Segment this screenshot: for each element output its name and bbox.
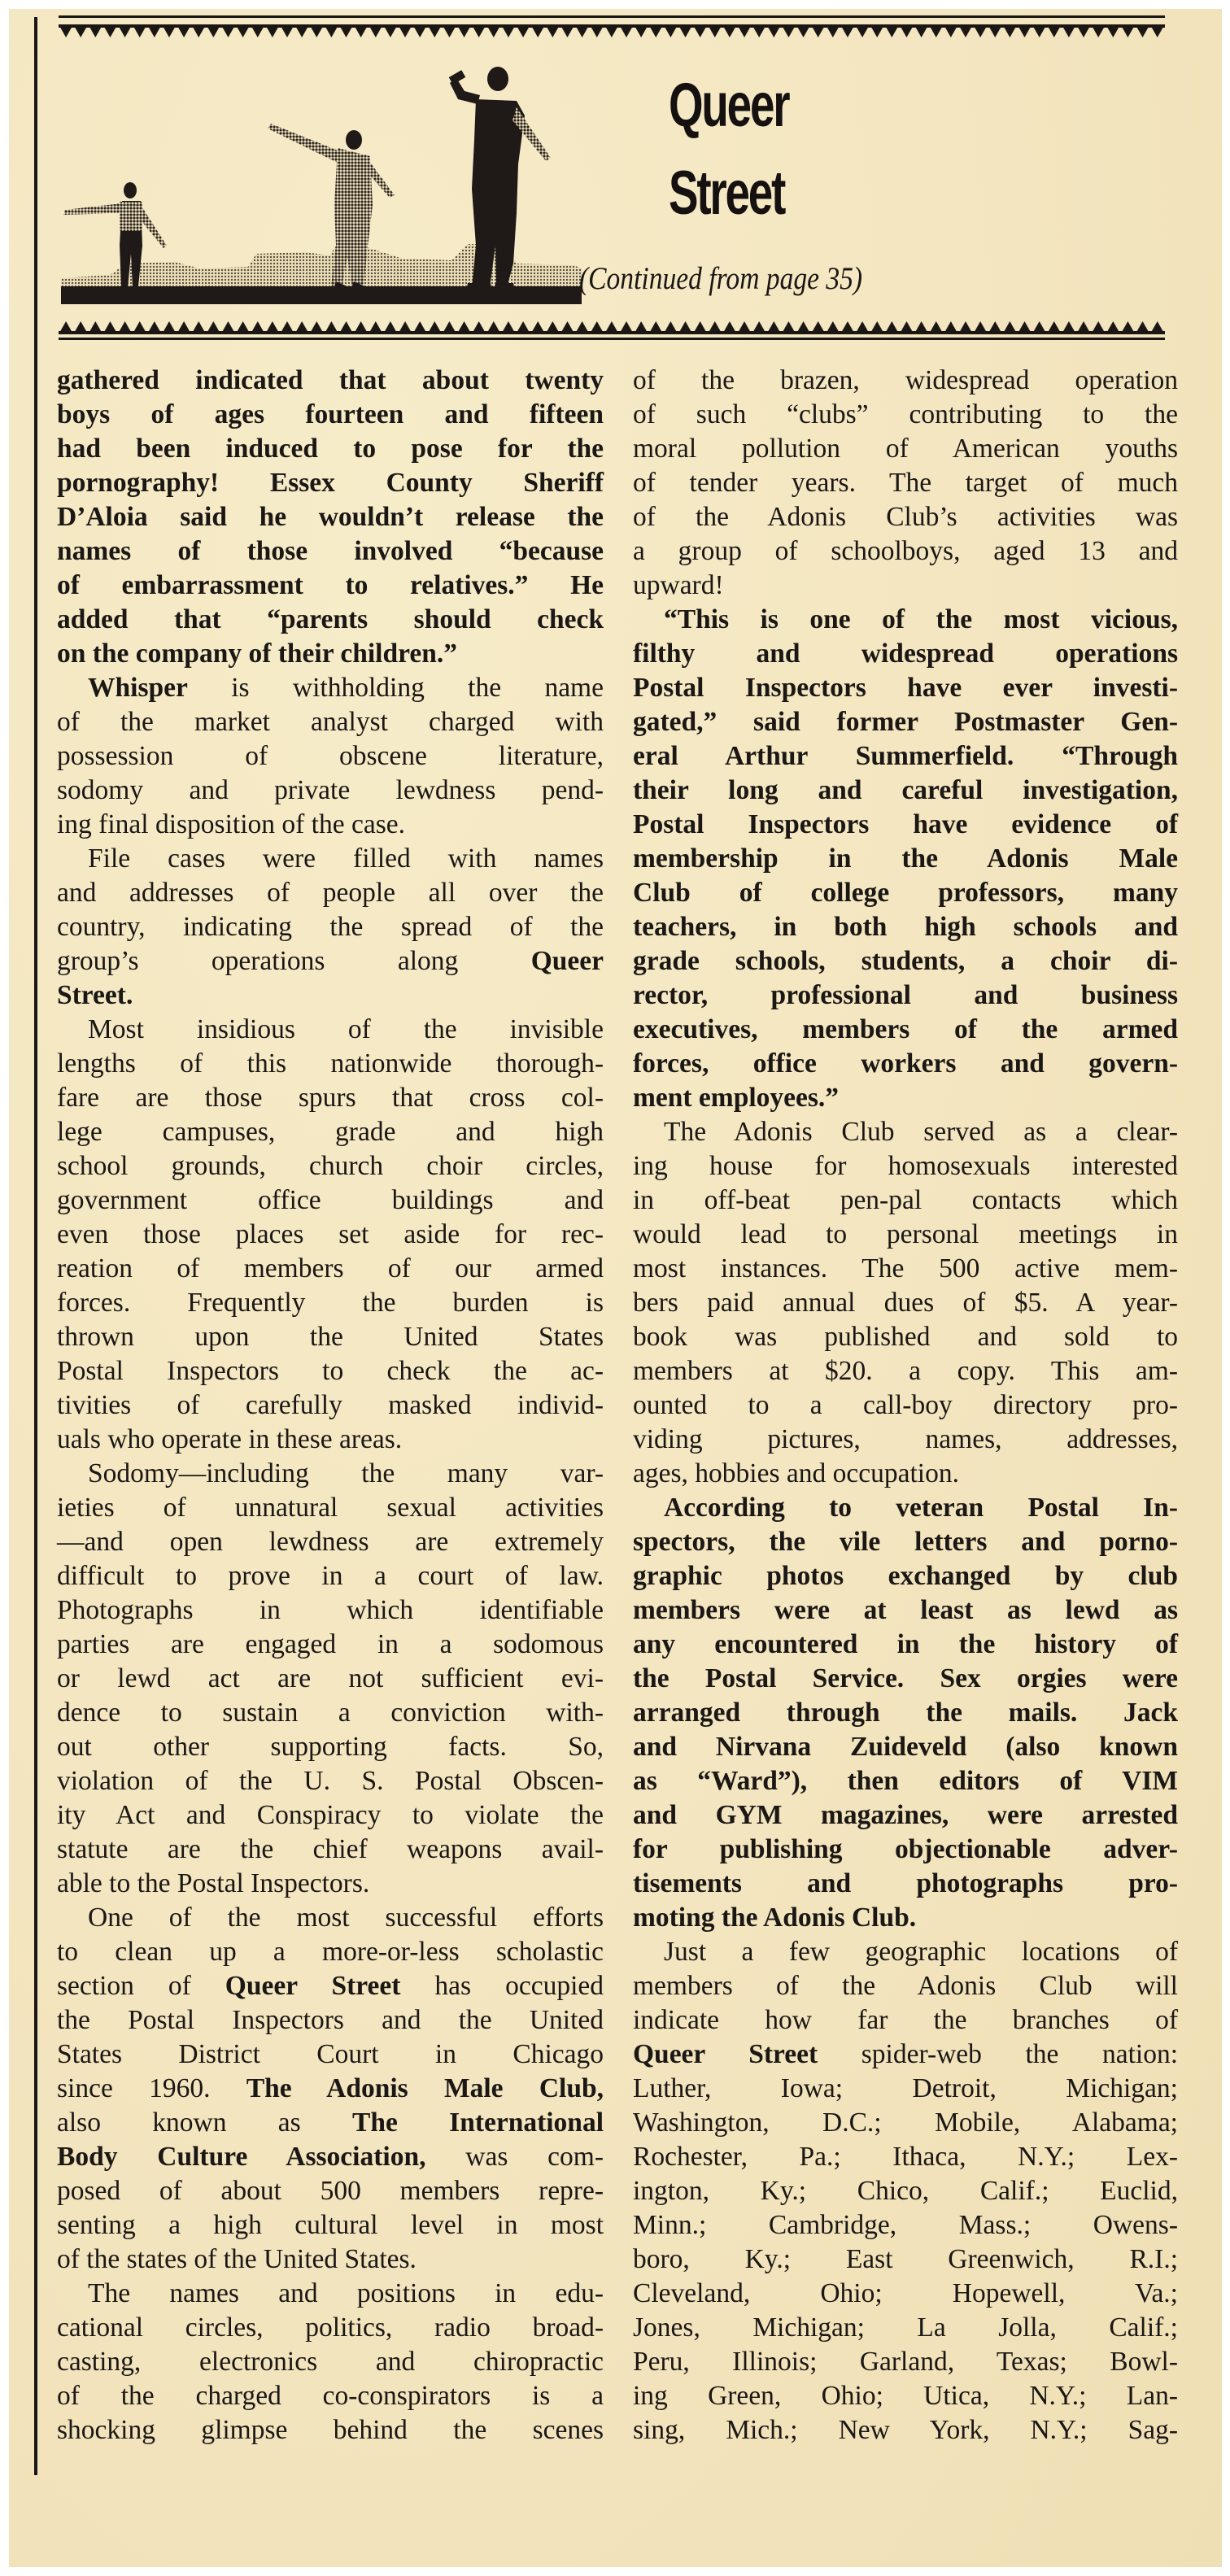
text-line: violation of the U. S. Postal Obscen- bbox=[57, 1764, 604, 1798]
text-line: the Postal Service. Sex orgies were bbox=[633, 1662, 1178, 1696]
text-line: the Postal Inspectors and the United bbox=[57, 2003, 604, 2038]
text-line: gathered indicated that about twenty bbox=[57, 364, 604, 398]
text-line: teachers, in both high schools and bbox=[633, 910, 1178, 944]
text-line: tivities of carefully masked individ- bbox=[57, 1388, 604, 1423]
text-line: had been induced to pose for the bbox=[57, 432, 604, 466]
text-line: Sodomy—including the many var- bbox=[57, 1457, 604, 1491]
text-line: viding pictures, names, addresses, bbox=[633, 1423, 1178, 1457]
text-line: ing Green, Ohio; Utica, N.Y.; Lan- bbox=[633, 2379, 1178, 2413]
text-line: possession of obscene literature, bbox=[57, 739, 604, 774]
text-line: rector, professional and business bbox=[633, 979, 1178, 1013]
text-line: Just a few geographic locations of bbox=[633, 1935, 1178, 1969]
text-line: senting a high cultural level in most bbox=[57, 2208, 604, 2243]
text-line: States District Court in Chicago bbox=[57, 2038, 604, 2072]
text-line: on the company of their children.” bbox=[57, 637, 604, 671]
text-line: would lead to personal meetings in bbox=[633, 1218, 1178, 1252]
text-line: tisements and photographs pro- bbox=[633, 1867, 1178, 1901]
header-photo bbox=[61, 50, 582, 304]
text-line: spectors, the vile letters and porno- bbox=[633, 1525, 1178, 1559]
text-line: even those places set aside for rec- bbox=[57, 1218, 604, 1252]
text-line: Cleveland, Ohio; Hopewell, Va.; bbox=[633, 2277, 1178, 2311]
text-line: in off-beat pen-pal contacts which bbox=[633, 1183, 1178, 1218]
text-line: forces. Frequently the burden is bbox=[57, 1286, 604, 1320]
text-line: cational circles, politics, radio broad- bbox=[57, 2311, 604, 2345]
text-line: of the Adonis Club’s activities was bbox=[633, 500, 1178, 534]
text-line: statute are the chief weapons avail- bbox=[57, 1833, 604, 1867]
text-line: parties are engaged in a sodomous bbox=[57, 1628, 604, 1662]
text-line: of the states of the United States. bbox=[57, 2243, 604, 2277]
text-line: book was published and sold to bbox=[633, 1320, 1178, 1354]
text-line: of such “clubs” contributing to the bbox=[633, 398, 1178, 432]
text-line: “This is one of the most vicious, bbox=[633, 603, 1178, 637]
text-line: of tender years. The target of much bbox=[633, 466, 1178, 500]
title-line-street: Street bbox=[669, 150, 821, 238]
text-line: dence to sustain a conviction with- bbox=[57, 1696, 604, 1730]
text-line: members were at least as lewd as bbox=[633, 1593, 1178, 1628]
text-line: Jones, Michigan; La Jolla, Calif.; bbox=[633, 2311, 1178, 2345]
text-line: school grounds, church choir circles, bbox=[57, 1149, 604, 1183]
text-line: most instances. The 500 active mem- bbox=[633, 1252, 1178, 1286]
text-line: of the charged co-conspirators is a bbox=[57, 2379, 604, 2413]
article-column-right: of the brazen, widespread operationof su… bbox=[633, 364, 1178, 2447]
title-line-queer: Queer bbox=[669, 62, 821, 150]
text-line: their long and careful investigation, bbox=[633, 774, 1178, 808]
text-line: Peru, Illinois; Garland, Texas; Bowl- bbox=[633, 2345, 1178, 2379]
text-line: moral pollution of American youths bbox=[633, 432, 1178, 466]
text-line: and GYM magazines, were arrested bbox=[633, 1798, 1178, 1833]
text-line: The names and positions in edu- bbox=[57, 2277, 604, 2311]
text-line: —and open lewdness are extremely bbox=[57, 1525, 604, 1559]
text-line: group’s operations along Queer bbox=[57, 944, 604, 979]
text-line: and addresses of people all over the bbox=[57, 876, 604, 910]
text-line: grade schools, students, a choir di- bbox=[633, 944, 1178, 979]
text-line: lege campuses, grade and high bbox=[57, 1115, 604, 1149]
text-line: D’Aloia said he wouldn’t release the bbox=[57, 500, 604, 534]
text-line: indicate how far the branches of bbox=[633, 2003, 1178, 2038]
text-line: any encountered in the history of bbox=[633, 1628, 1178, 1662]
text-line: One of the most successful efforts bbox=[57, 1901, 604, 1935]
text-line: bers paid annual dues of $5. A year- bbox=[633, 1286, 1178, 1320]
text-line: uals who operate in these areas. bbox=[57, 1423, 604, 1457]
text-line: Most insidious of the invisible bbox=[57, 1013, 604, 1047]
text-line: section of Queer Street has occupied bbox=[57, 1969, 604, 2003]
top-rule bbox=[59, 15, 1165, 18]
text-line: ages, hobbies and occupation. bbox=[633, 1457, 1178, 1491]
text-line: gated,” said former Postmaster Gen- bbox=[633, 705, 1178, 739]
text-line: Postal Inspectors have evidence of bbox=[633, 808, 1178, 842]
text-line: forces, office workers and govern- bbox=[633, 1047, 1178, 1081]
text-line: of embarrassment to relatives.” He bbox=[57, 569, 604, 603]
text-line: casting, electronics and chiropractic bbox=[57, 2345, 604, 2379]
text-line: fare are those spurs that cross col- bbox=[57, 1081, 604, 1115]
text-line: of the brazen, widespread operation bbox=[633, 364, 1178, 398]
text-line: filthy and widespread operations bbox=[633, 637, 1178, 671]
text-line: boro, Ky.; East Greenwich, R.I.; bbox=[633, 2243, 1178, 2277]
text-line: According to veteran Postal In- bbox=[633, 1491, 1178, 1525]
text-line: out other supporting facts. So, bbox=[57, 1730, 604, 1764]
text-line: since 1960. The Adonis Male Club, bbox=[57, 2072, 604, 2106]
text-line: graphic photos exchanged by club bbox=[633, 1559, 1178, 1593]
text-line: Photographs in which identifiable bbox=[57, 1593, 604, 1628]
text-line: reation of members of our armed bbox=[57, 1252, 604, 1286]
article-column-left: gathered indicated that about twentyboys… bbox=[57, 364, 604, 2447]
text-line: The Adonis Club served as a clear- bbox=[633, 1115, 1178, 1149]
text-line: Postal Inspectors to check the ac- bbox=[57, 1354, 604, 1388]
text-line: government office buildings and bbox=[57, 1183, 604, 1218]
text-line: for publishing objectionable adver- bbox=[633, 1833, 1178, 1867]
zigzag-border-top bbox=[59, 24, 1165, 37]
text-line: to clean up a more-or-less scholastic bbox=[57, 1935, 604, 1969]
text-line: ington, Ky.; Chico, Calif.; Euclid, bbox=[633, 2174, 1178, 2208]
text-line: pornography! Essex County Sheriff bbox=[57, 466, 604, 500]
text-line: upward! bbox=[633, 569, 1178, 603]
text-line: Luther, Iowa; Detroit, Michigan; bbox=[633, 2072, 1178, 2106]
text-line: country, indicating the spread of the bbox=[57, 910, 604, 944]
text-line: eral Arthur Summerfield. “Through bbox=[633, 739, 1178, 774]
text-line: Street. bbox=[57, 979, 604, 1013]
text-line: Postal Inspectors have ever investi- bbox=[633, 671, 1178, 705]
text-line: thrown upon the United States bbox=[57, 1320, 604, 1354]
continued-from-note: (Continued from page 35) bbox=[579, 260, 862, 297]
text-line: boys of ages fourteen and fifteen bbox=[57, 398, 604, 432]
text-line: and Nirvana Zuideveld (also known bbox=[633, 1730, 1178, 1764]
text-line: as “Ward”), then editors of VIM bbox=[633, 1764, 1178, 1798]
left-column-rule bbox=[34, 17, 37, 2475]
text-line: members of the Adonis Club will bbox=[633, 1969, 1178, 2003]
text-line: ounted to a call-boy directory pro- bbox=[633, 1388, 1178, 1423]
text-line: Minn.; Cambridge, Mass.; Owens- bbox=[633, 2208, 1178, 2243]
text-line: Body Culture Association, was com- bbox=[57, 2140, 604, 2174]
text-line: moting the Adonis Club. bbox=[633, 1901, 1178, 1935]
text-line: a group of schoolboys, aged 13 and bbox=[633, 534, 1178, 569]
text-line: able to the Postal Inspectors. bbox=[57, 1867, 604, 1901]
text-line: names of those involved “because bbox=[57, 534, 604, 569]
text-line: executives, members of the armed bbox=[633, 1013, 1178, 1047]
text-line: also known as The International bbox=[57, 2106, 604, 2140]
text-line: membership in the Adonis Male bbox=[633, 842, 1178, 876]
text-line: difficult to prove in a court of law. bbox=[57, 1559, 604, 1593]
text-line: arranged through the mails. Jack bbox=[633, 1696, 1178, 1730]
text-line: ity Act and Conspiracy to violate the bbox=[57, 1798, 604, 1833]
text-line: File cases were filled with names bbox=[57, 842, 604, 876]
text-line: added that “parents should check bbox=[57, 603, 604, 637]
zigzag-border-bottom bbox=[59, 321, 1165, 334]
text-line: of the market analyst charged with bbox=[57, 705, 604, 739]
text-line: Rochester, Pa.; Ithaca, N.Y.; Lex- bbox=[633, 2140, 1178, 2174]
text-line: Queer Street spider-web the nation: bbox=[633, 2038, 1178, 2072]
text-line: Washington, D.C.; Mobile, Alabama; bbox=[633, 2106, 1178, 2140]
text-line: Club of college professors, many bbox=[633, 876, 1178, 910]
text-line: posed of about 500 members repre- bbox=[57, 2174, 604, 2208]
text-line: lengths of this nationwide thorough- bbox=[57, 1047, 604, 1081]
text-line: shocking glimpse behind the scenes bbox=[57, 2413, 604, 2447]
text-line: sing, Mich.; New York, N.Y.; Sag- bbox=[633, 2413, 1178, 2447]
article-title: Queer Street bbox=[669, 62, 821, 238]
text-line: sodomy and private lewdness pend- bbox=[57, 774, 604, 808]
text-line: ieties of unnatural sexual activities bbox=[57, 1491, 604, 1525]
text-line: or lewd act are not sufficient evi- bbox=[57, 1662, 604, 1696]
text-line: ment employees.” bbox=[633, 1081, 1178, 1115]
text-line: Whisper is withholding the name bbox=[57, 671, 604, 705]
text-line: ing final disposition of the case. bbox=[57, 808, 604, 842]
text-line: members at $20. a copy. This am- bbox=[633, 1354, 1178, 1388]
text-line: ing house for homosexuals interested bbox=[633, 1149, 1178, 1183]
header-bottom-rule bbox=[59, 338, 1165, 340]
